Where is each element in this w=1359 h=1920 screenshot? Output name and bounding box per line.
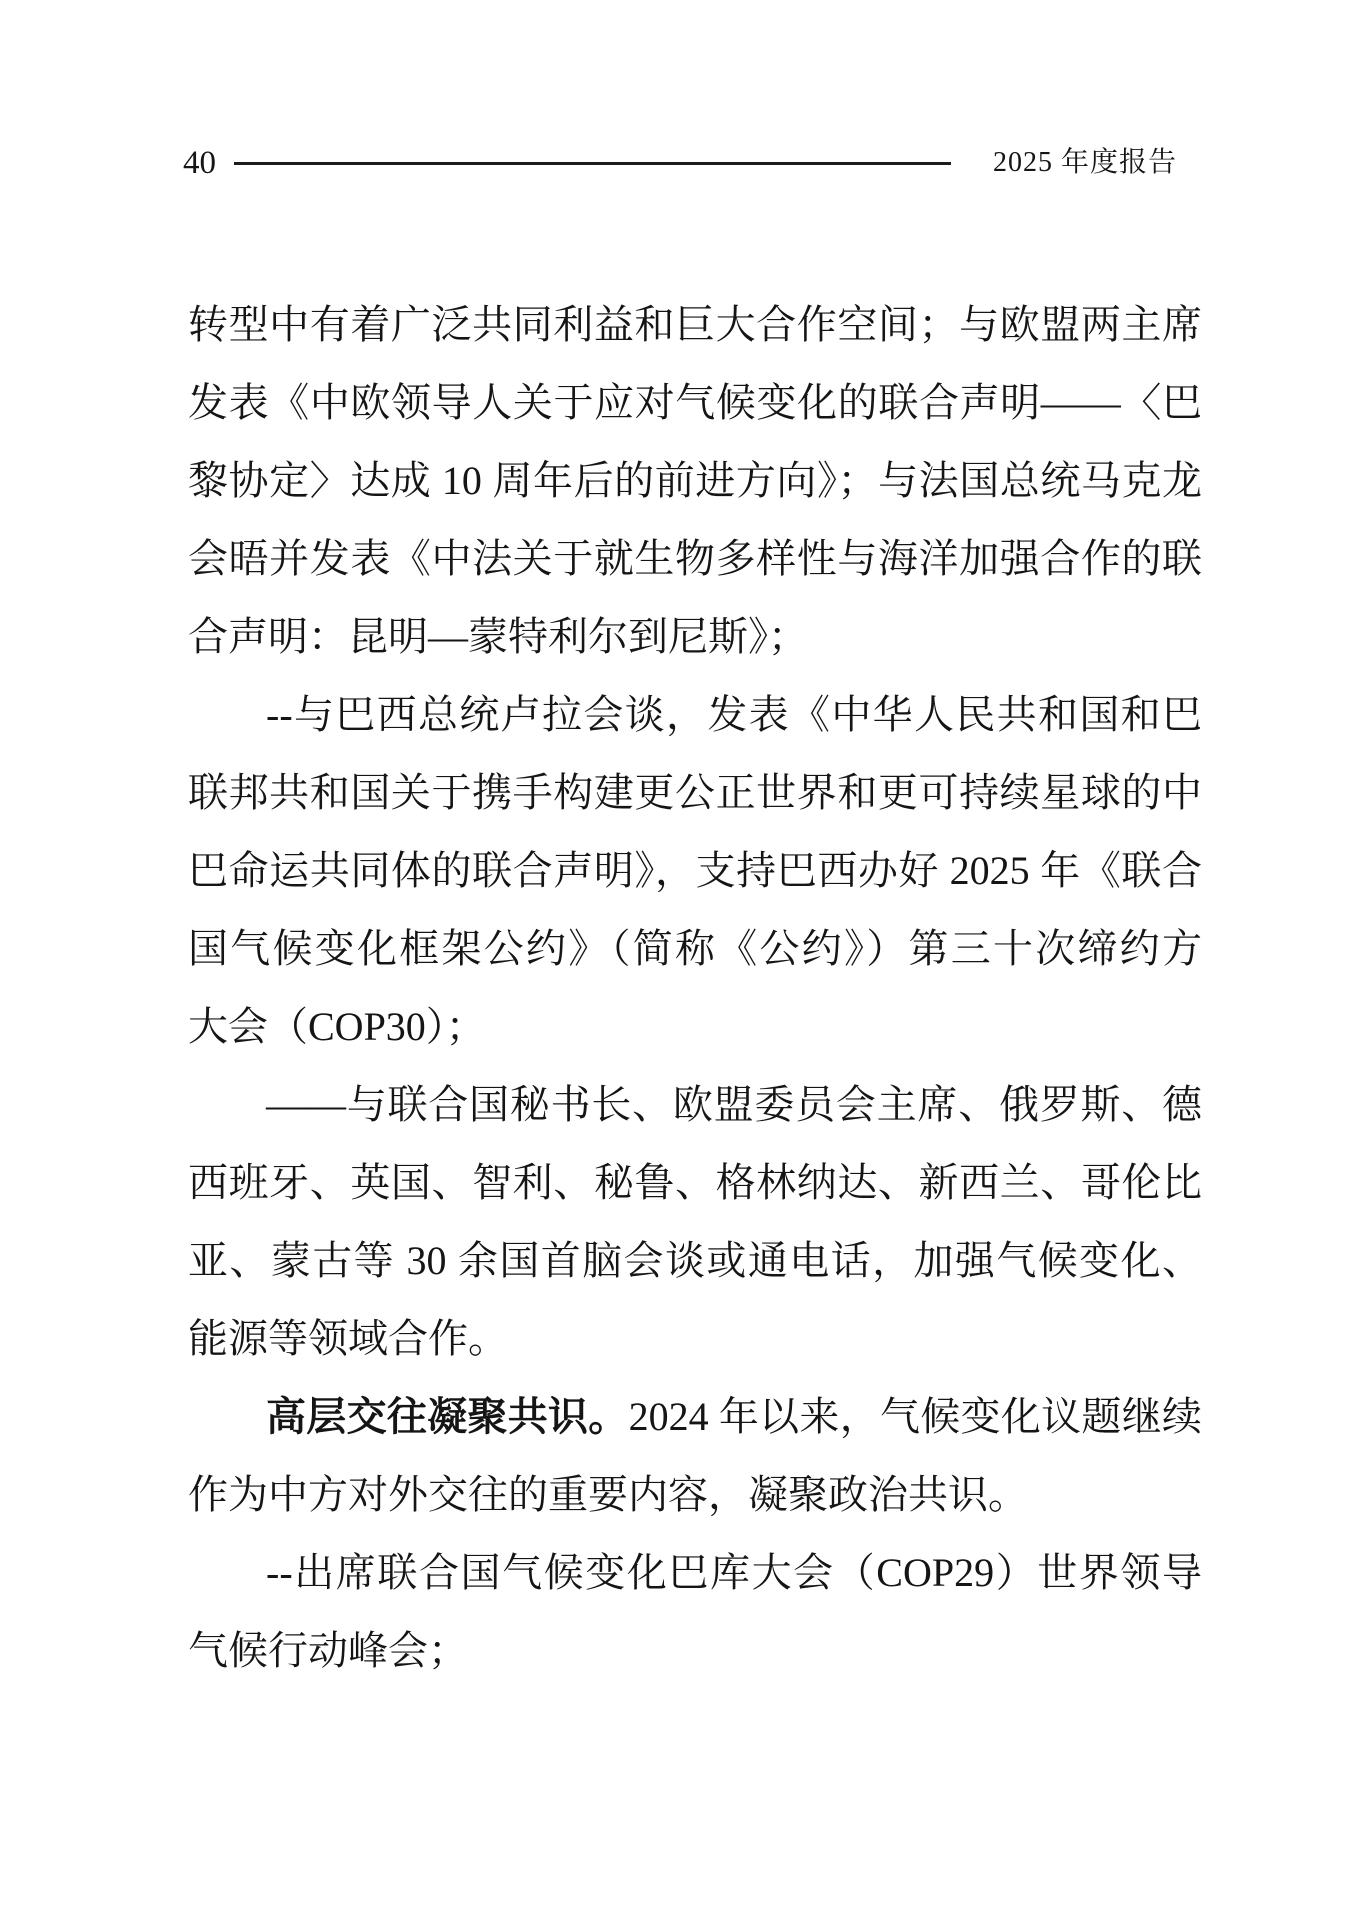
text-segment: 西班牙、英国、智利、秘鲁、格林纳达、新西兰、哥伦比 [188,1160,1202,1205]
text-line: 发表《中欧领导人关于应对气候变化的联合声明——〈巴 [188,364,1202,442]
text-line: 高层交往凝聚共识。2024 年以来，气候变化议题继续 [188,1378,1202,1456]
text-segment: ——与联合国秘书长、欧盟委员会主席、俄罗斯、德国、 [188,1082,1202,1144]
text-line: 黎协定〉达成 10 周年后的前进方向》；与法国总统马克龙 [188,442,1202,520]
text-line: 大会（COP30）； [188,988,1202,1066]
text-segment: 大会（COP30）； [188,1004,486,1049]
text-segment: 联邦共和国关于携手构建更公正世界和更可持续星球的中 [188,770,1202,815]
text-segment: 2024 年以来，气候变化议题继续 [629,1394,1202,1439]
text-line: 合声明：昆明—蒙特利尔到尼斯》； [188,598,1202,676]
document-page: 40 2025 年度报告 转型中有着广泛共同利益和巨大合作空间；与欧盟两主席发表… [0,0,1359,1920]
text-line: 国气候变化框架公约》（简称《公约》）第三十次缔约方 [188,910,1202,988]
text-segment: 黎协定〉达成 10 周年后的前进方向》；与法国总统马克龙 [188,458,1202,503]
text-line: 西班牙、英国、智利、秘鲁、格林纳达、新西兰、哥伦比 [188,1144,1202,1222]
text-line: 会晤并发表《中法关于就生物多样性与海洋加强合作的联 [188,520,1202,598]
text-segment: 亚、蒙古等 30 余国首脑会谈或通电话，加强气候变化、新 [188,1238,1202,1300]
text-segment: 巴命运共同体的联合声明》，支持巴西办好 2025 年《联合 [188,848,1202,893]
text-line: 联邦共和国关于携手构建更公正世界和更可持续星球的中 [188,754,1202,832]
report-title: 2025 年度报告 [993,149,1177,177]
text-line: 作为中方对外交往的重要内容，凝聚政治共识。 [188,1456,1202,1534]
text-segment: 国气候变化框架公约》（简称《公约》）第三十次缔约方 [188,926,1202,971]
text-line: --出席联合国气候变化巴库大会（COP29）世界领导人 [188,1534,1202,1612]
page-number: 40 [183,147,216,180]
text-segment: 合声明：昆明—蒙特利尔到尼斯》； [188,614,808,659]
text-segment: 作为中方对外交往的重要内容，凝聚政治共识。 [188,1472,1028,1517]
bold-text-segment: 高层交往凝聚共识。 [266,1394,629,1439]
text-segment: 气候行动峰会； [188,1628,468,1673]
text-segment: --出席联合国气候变化巴库大会（COP29）世界领导人 [188,1550,1202,1612]
text-segment: --与巴西总统卢拉会谈，发表《中华人民共和国和巴西 [188,692,1202,754]
text-line: 巴命运共同体的联合声明》，支持巴西办好 2025 年《联合 [188,832,1202,910]
header-rule [234,162,951,165]
text-segment: 会晤并发表《中法关于就生物多样性与海洋加强合作的联 [188,536,1202,581]
text-line: 转型中有着广泛共同利益和巨大合作空间；与欧盟两主席 [188,286,1202,364]
text-line: --与巴西总统卢拉会谈，发表《中华人民共和国和巴西 [188,676,1202,754]
text-line: 能源等领域合作。 [188,1300,1202,1378]
body-text: 转型中有着广泛共同利益和巨大合作空间；与欧盟两主席发表《中欧领导人关于应对气候变… [188,286,1202,1690]
text-segment: 转型中有着广泛共同利益和巨大合作空间；与欧盟两主席 [188,302,1202,347]
page-header: 40 2025 年度报告 [183,140,1177,186]
text-line: 亚、蒙古等 30 余国首脑会谈或通电话，加强气候变化、新 [188,1222,1202,1300]
text-segment: 能源等领域合作。 [188,1316,508,1361]
text-line: ——与联合国秘书长、欧盟委员会主席、俄罗斯、德国、 [188,1066,1202,1144]
text-line: 气候行动峰会； [188,1612,1202,1690]
text-segment: 发表《中欧领导人关于应对气候变化的联合声明——〈巴 [188,380,1202,425]
